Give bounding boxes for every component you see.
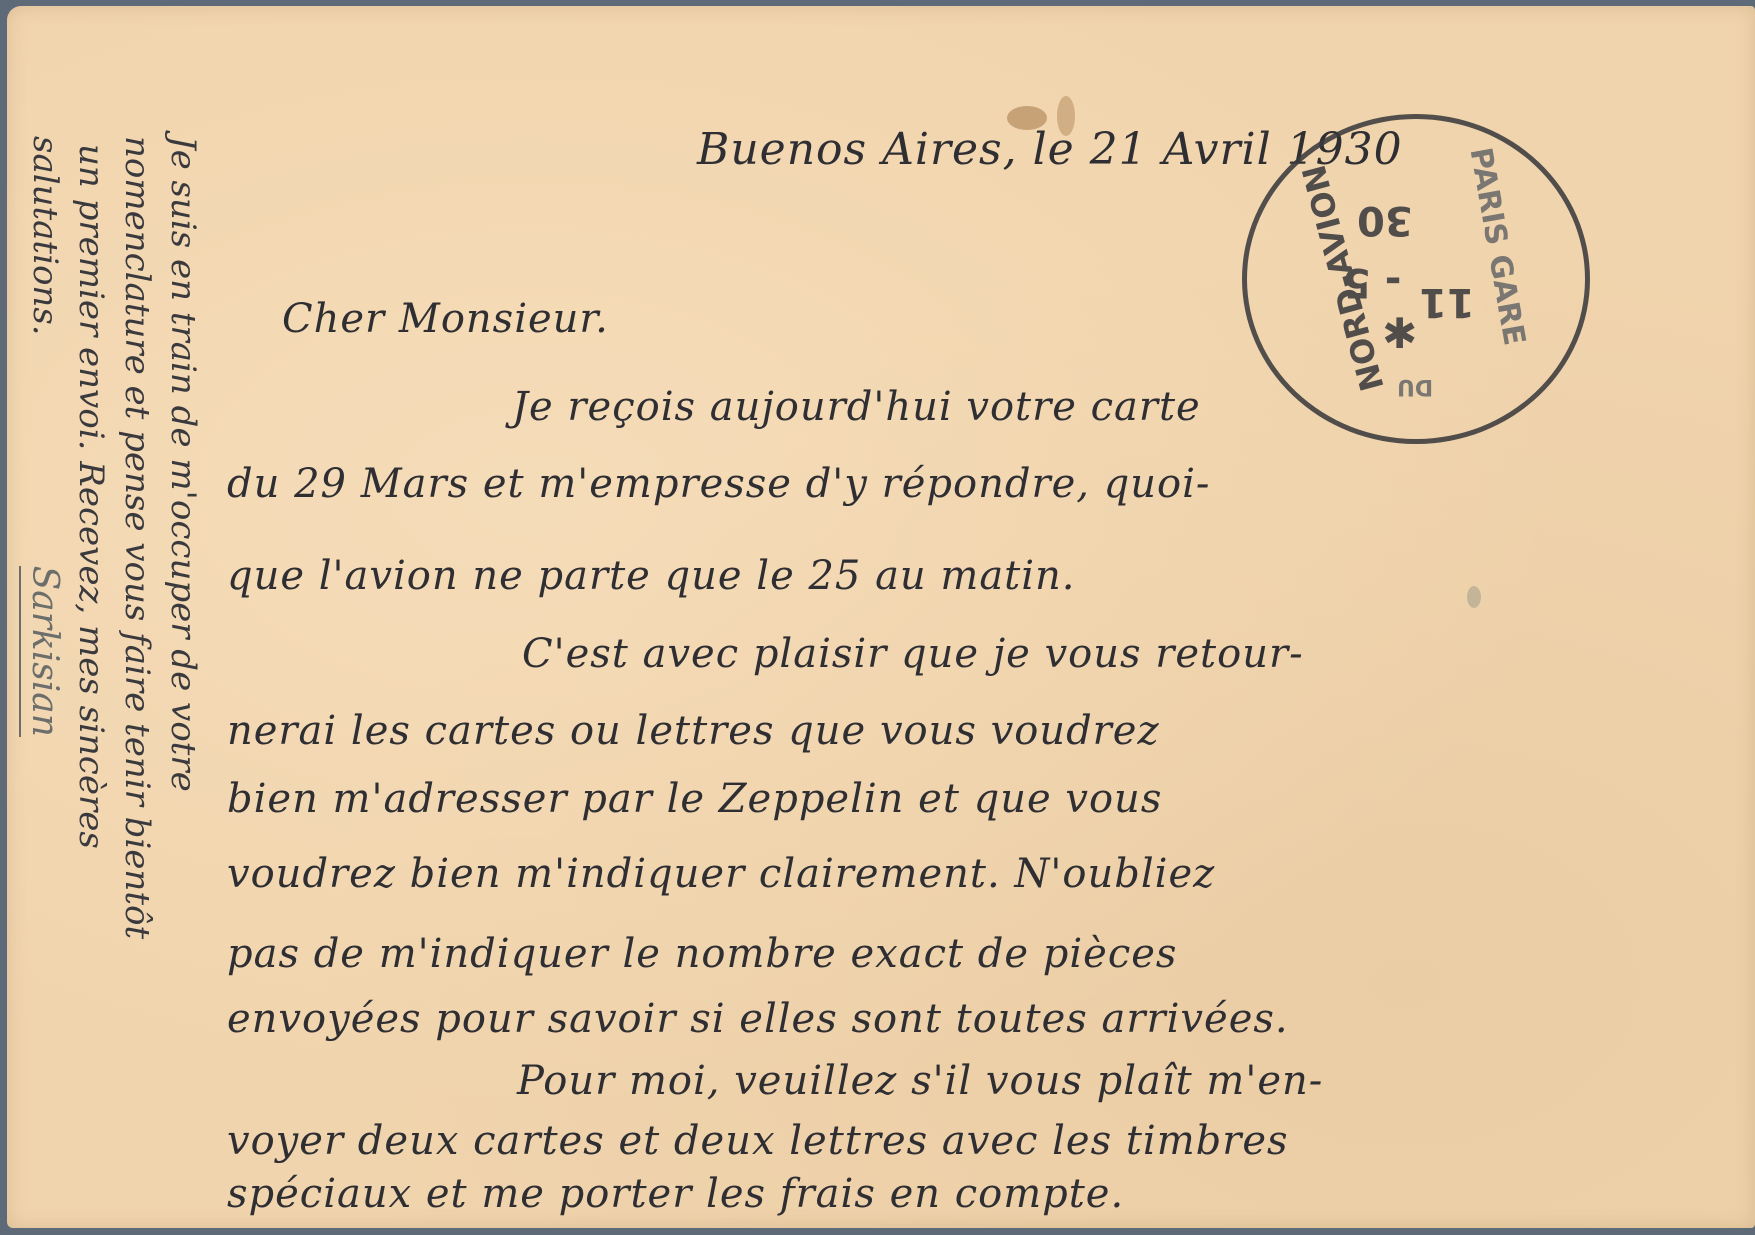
letter-line: voyer deux cartes et deux lettres avec l… <box>227 1118 1289 1164</box>
letter-line: voudrez bien m'indiquer clairement. N'ou… <box>227 851 1215 897</box>
postmark-ring-bottom: DU <box>1397 374 1433 399</box>
postmark-month: - 5 <box>1343 259 1401 305</box>
salutation: Cher Monsieur. <box>282 296 609 342</box>
postmark-star-icon: ✱ <box>1382 309 1417 358</box>
letter-line: Pour moi, veuillez s'il vous plaît m'en- <box>517 1058 1323 1104</box>
letter-line: spéciaux et me porter les frais en compt… <box>227 1171 1124 1217</box>
postmark-day: 11 <box>1419 279 1475 325</box>
postmark: NORD-AVION PARIS GARE DU 30 - 5 11 ✱ <box>1242 114 1590 444</box>
letter-line: envoyées pour savoir si elles sont toute… <box>227 996 1289 1042</box>
margin-line: salutations. Sarkisian <box>19 136 65 939</box>
letter-line: bien m'adresser par le Zeppelin et que v… <box>227 776 1162 822</box>
margin-line: un premier envoi. Recevez, mes sincères <box>65 136 111 939</box>
ink-stain <box>1467 586 1481 608</box>
margin-closing: salutations. <box>19 136 65 336</box>
letter-line: que l'avion ne parte que le 25 au matin. <box>227 553 1076 599</box>
postmark-year: 30 <box>1357 197 1413 243</box>
letter-line: pas de m'indiquer le nombre exact de piè… <box>227 931 1177 977</box>
letter-line: C'est avec plaisir que je vous retour- <box>522 631 1304 677</box>
margin-note: Je suis en train de m'occuper de votre n… <box>19 136 203 939</box>
letter-line: du 29 Mars et m'empresse d'y répondre, q… <box>227 461 1210 507</box>
postcard: Buenos Aires, le 21 Avril 1930 NORD-AVIO… <box>7 6 1755 1228</box>
margin-line: Je suis en train de m'occuper de votre <box>157 136 203 939</box>
letter-line: nerai les cartes ou lettres que vous vou… <box>227 708 1160 754</box>
margin-line: nomenclature et pense vous faire tenir b… <box>111 136 157 939</box>
signature: Sarkisian <box>19 566 65 737</box>
letter-line: Je reçois aujourd'hui votre carte <box>512 384 1201 430</box>
